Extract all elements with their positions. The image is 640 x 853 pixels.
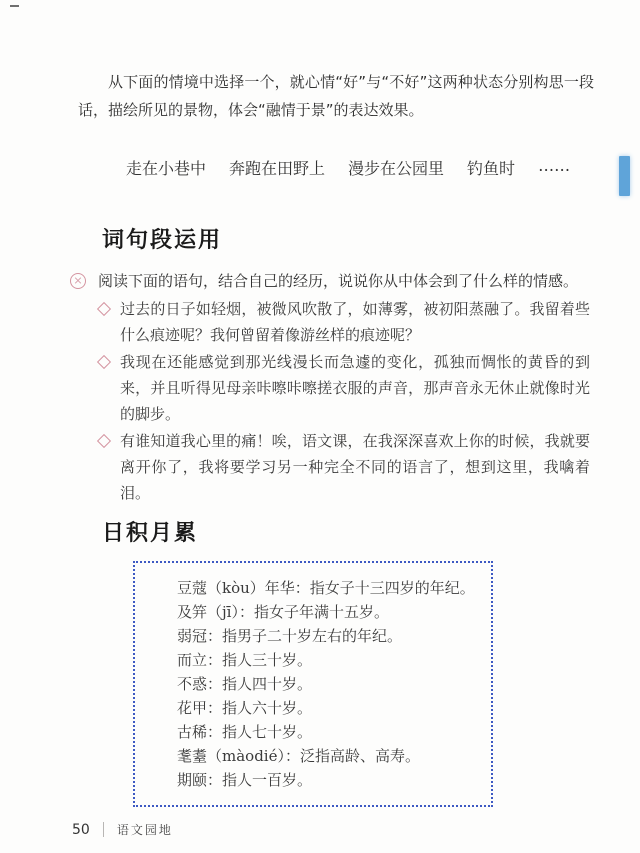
idiom-entry: 期颐：指人一百岁。: [177, 768, 475, 792]
quote-text: 过去的日子如轻烟，被微风吹散了，如薄雾，被初阳蒸融了。我留着些什么痕迹呢？我何曾…: [120, 300, 590, 344]
idiom-entry: 及笄（jī）：指女子年满十五岁。: [177, 600, 475, 624]
diamond-bullet-icon: [97, 302, 111, 316]
idiom-entry: 花甲：指人六十岁。: [177, 696, 475, 720]
page-number: 50: [72, 822, 90, 838]
instruction-text: 阅读下面的语句，结合自己的经历，说说你从中体会到了什么样的情感。: [98, 268, 578, 294]
exercise-marker-icon: [70, 273, 86, 289]
quote-list: 过去的日子如轻烟，被微风吹散了，如薄雾，被初阳蒸融了。我留着些什么痕迹呢？我何曾…: [96, 296, 590, 506]
quote-item: 有谁知道我心里的痛！唉，语文课，在我深深喜欢上你的时候，我就要离开你了，我将要学…: [96, 428, 590, 506]
scenario-option: 奔跑在田野上: [229, 156, 325, 179]
footer-divider: [103, 822, 104, 837]
idiom-entry: 弱冠：指男子二十岁左右的年纪。: [177, 624, 475, 648]
idiom-entry: 古稀：指人七十岁。: [177, 720, 475, 744]
idiom-box: 豆蔻（kòu）年华：指女子十三四岁的年纪。 及笄（jī）：指女子年满十五岁。 弱…: [133, 561, 493, 807]
scenario-option: 钓鱼时: [467, 156, 515, 179]
scenario-option: 漫步在公园里: [348, 156, 444, 179]
quote-item: 我现在还能感觉到那光线漫长而急遽的变化，孤独而惆怅的黄昏的到来，并且听得见母亲咔…: [96, 349, 590, 427]
idiom-entry: 耄耋（màodié）：泛指高龄、高寿。: [177, 744, 475, 768]
quote-text: 我现在还能感觉到那光线漫长而急遽的变化，孤独而惆怅的黄昏的到来，并且听得见母亲咔…: [120, 353, 590, 423]
scenario-options-row: 走在小巷中 奔跑在田野上 漫步在公园里 钓鱼时 ……: [126, 156, 600, 179]
idiom-entry: 而立：指人三十岁。: [177, 648, 475, 672]
page-footer: 50 语文园地: [72, 821, 640, 838]
scenario-option-ellipsis: ……: [538, 156, 570, 179]
intro-paragraph: 从下面的情境中选择一个，就心情“好”与“不好”这两种状态分别构思一段话，描绘所见…: [0, 0, 640, 124]
section-title-word-usage: 词句段运用: [102, 223, 640, 254]
instruction-line: 阅读下面的语句，结合自己的经历，说说你从中体会到了什么样的情感。: [70, 268, 594, 294]
diamond-bullet-icon: [97, 355, 111, 369]
quote-text: 有谁知道我心里的痛！唉，语文课，在我深深喜欢上你的时候，我就要离开你了，我将要学…: [120, 432, 590, 502]
footer-unit-label: 语文园地: [117, 821, 173, 838]
page-corner-mark: [10, 5, 19, 7]
scenario-option: 走在小巷中: [126, 156, 206, 179]
section-title-accumulation: 日积月累: [102, 516, 640, 547]
page-edge-tab: [619, 156, 630, 196]
idiom-entry: 不惑：指人四十岁。: [177, 672, 475, 696]
diamond-bullet-icon: [97, 434, 111, 448]
quote-item: 过去的日子如轻烟，被微风吹散了，如薄雾，被初阳蒸融了。我留着些什么痕迹呢？我何曾…: [96, 296, 590, 348]
idiom-entry: 豆蔻（kòu）年华：指女子十三四岁的年纪。: [177, 576, 475, 600]
textbook-page: 从下面的情境中选择一个，就心情“好”与“不好”这两种状态分别构思一段话，描绘所见…: [0, 0, 640, 853]
